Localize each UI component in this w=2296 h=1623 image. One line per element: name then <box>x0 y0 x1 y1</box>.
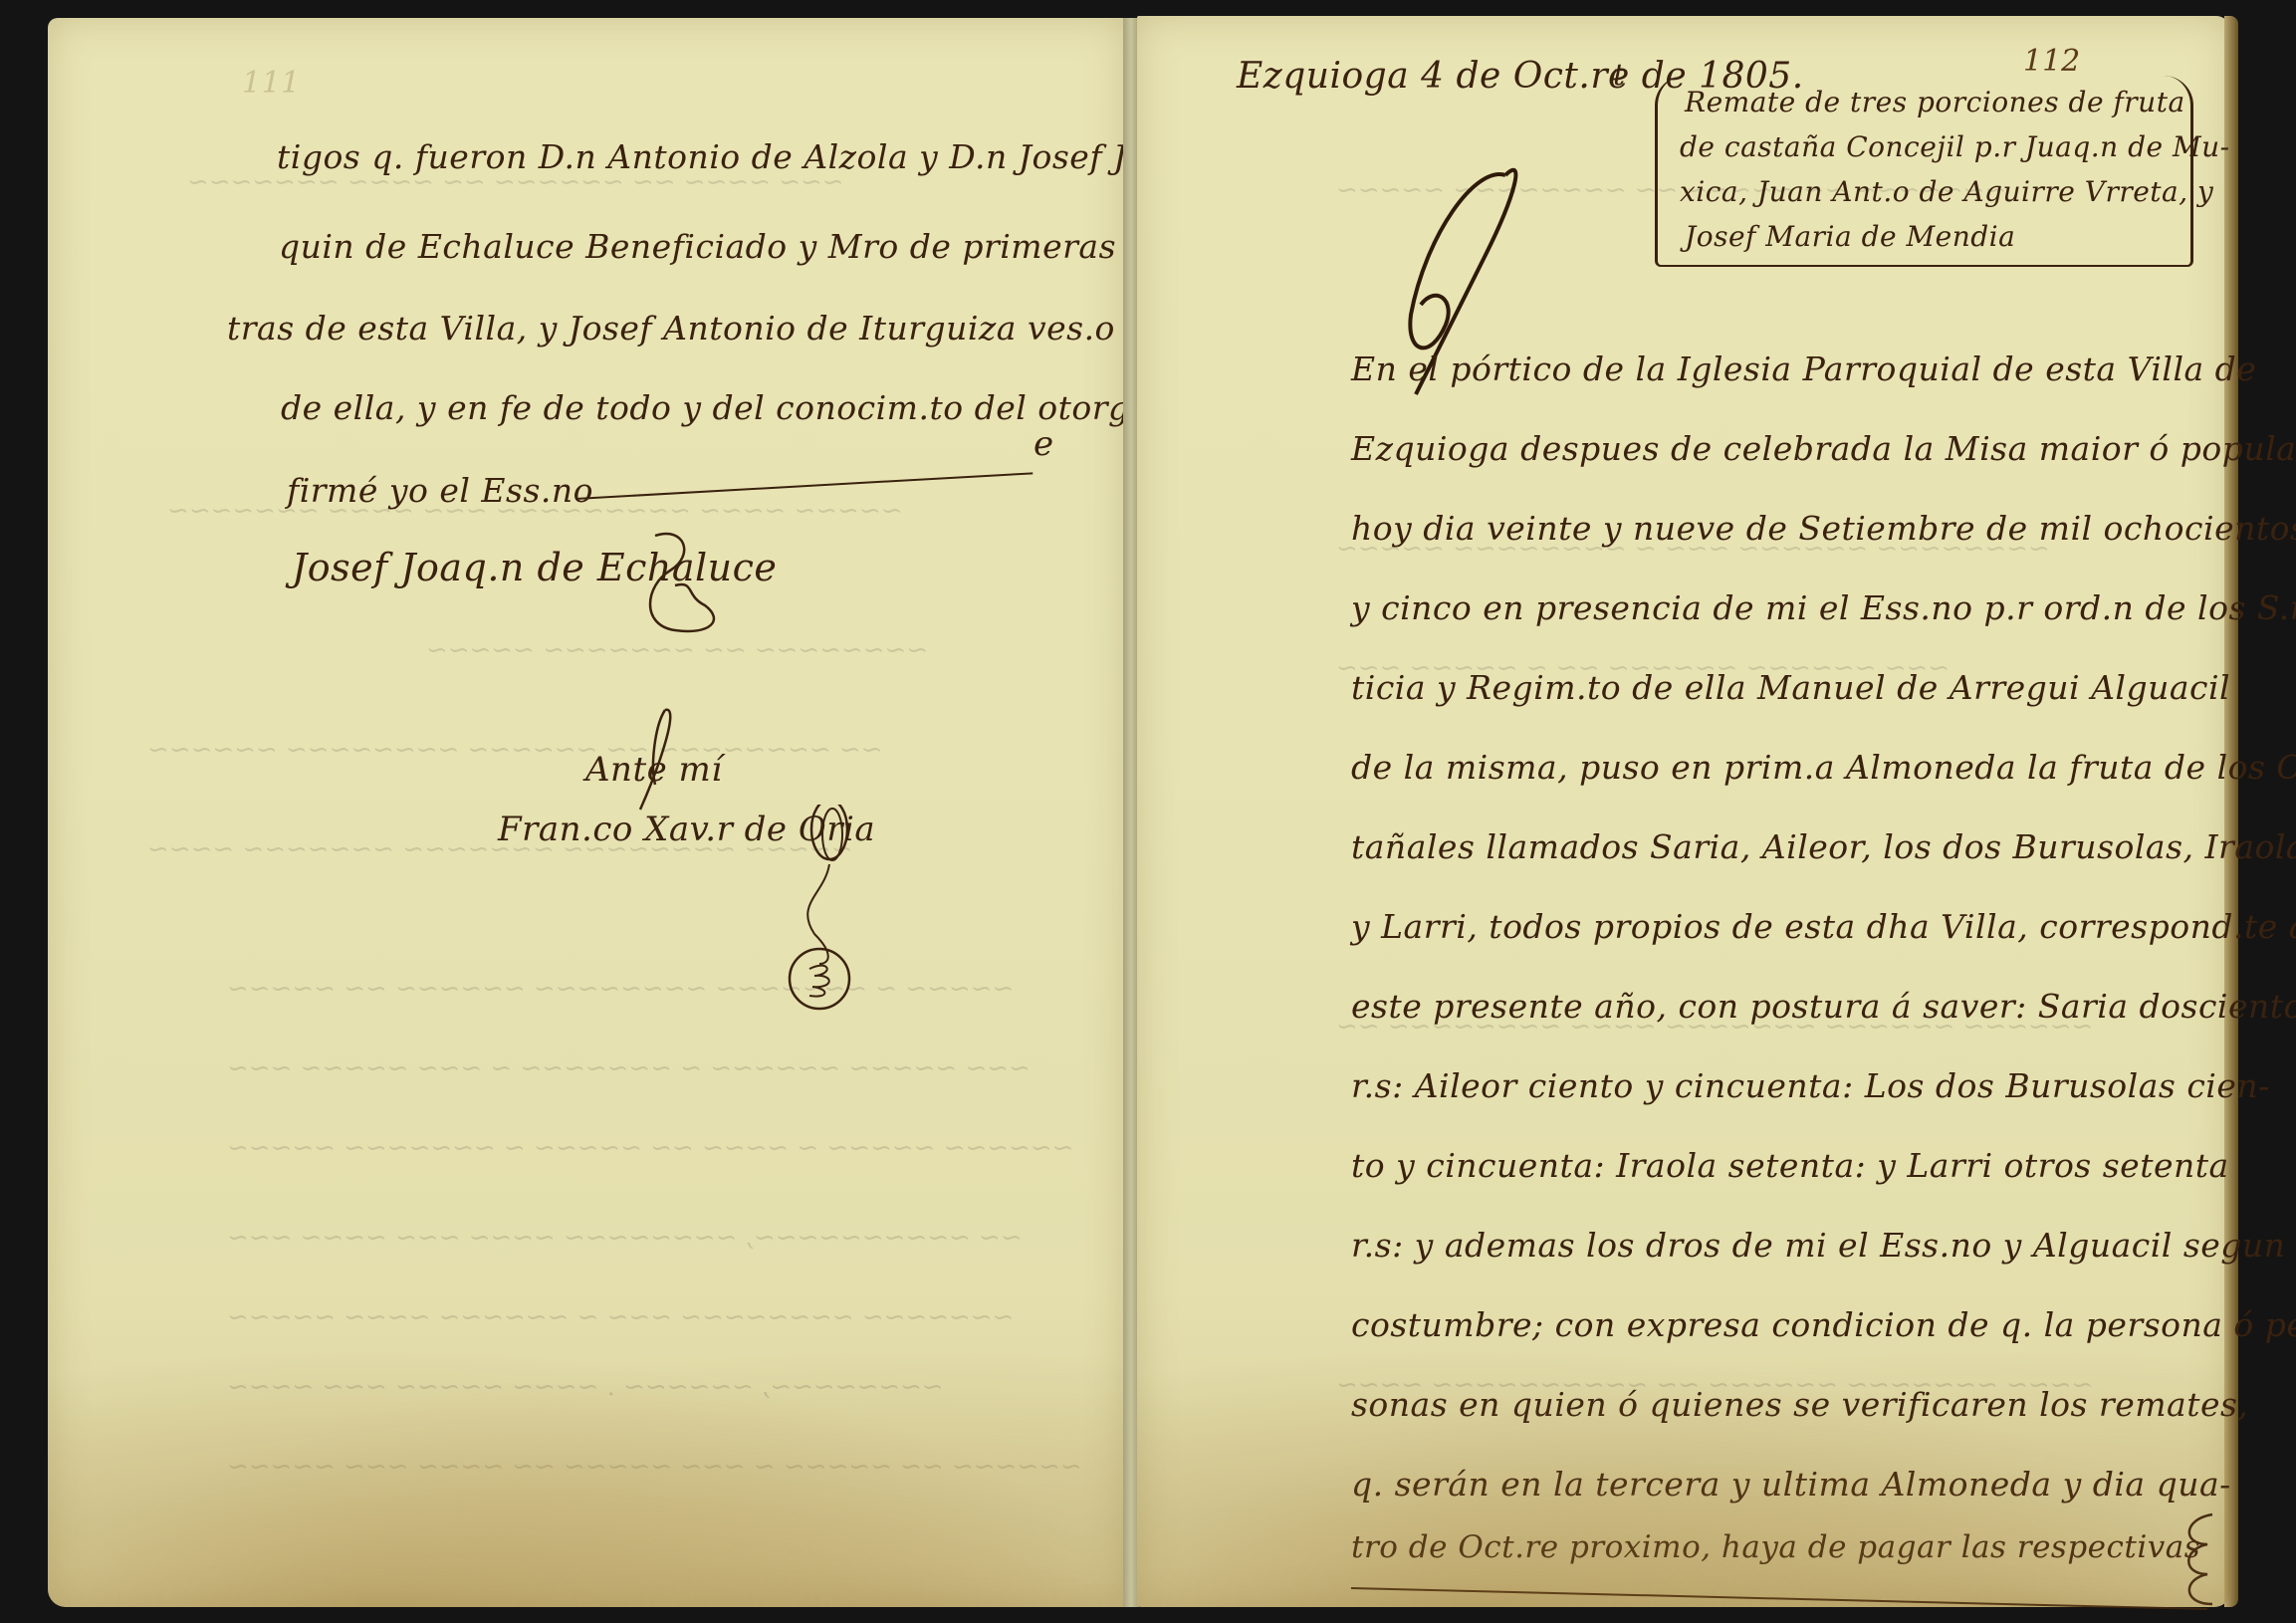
body-line: y Larri, todos propios de esta dha Villa… <box>1351 907 2296 946</box>
folio-number: 112 <box>2023 44 2080 79</box>
manuscript-spread: ~~~ ~~~~ ~~ ~~~~~~ ~~ ~~~~ ~~~~~~~ ~~~~~… <box>0 0 2296 1623</box>
bottom-rule <box>1351 1587 2207 1610</box>
end-mark: e <box>1033 424 1054 464</box>
bleed-through-text: ~~ ~~~~~~~~~~, ~~~~~~~~ ~~~~ ~~~ ~~~~ ~~… <box>227 1223 1023 1253</box>
body-line: to y cincuenta: Iraola setenta: y Larri … <box>1351 1146 2229 1185</box>
body-line: r.s: y ademas los dros de mi el Ess.no y… <box>1351 1226 2285 1265</box>
body-line: costumbre; con expresa condicion de q. l… <box>1351 1305 2296 1344</box>
bleed-through-text: ~~~~~~ ~~~~~ ~ ~~~~ ~~ ~~~~~ ~ ~~~~~~~ ~… <box>227 1133 1073 1163</box>
text-line: firmé yo el Ess.no <box>287 471 593 510</box>
body-line: tañales llamados Saria, Aileor, los dos … <box>1351 827 2296 866</box>
notary-rubric-icon <box>785 805 904 1014</box>
corner-mark: t <box>1613 58 1626 93</box>
signature-rubric-icon <box>615 526 755 645</box>
text-line: tigos q. fueron D.n Antonio de Alzola y … <box>277 137 1179 176</box>
bleed-through-text: ~~~~~~~ ~~~~~~~~ ~~~ ~ ~~~~~~ ~~~~ ~~~~~ <box>227 1302 1014 1332</box>
body-line: sonas en quien ó quienes se verificaren … <box>1351 1385 2248 1424</box>
margin-note-line: Remate de tres porciones de fruta <box>1685 86 2185 118</box>
margin-note-line: de castaña Concejil p.r Juaq.n de Mu- <box>1680 130 2230 163</box>
body-line: q. serán en la tercera y ultima Almoneda… <box>1351 1465 2231 1504</box>
body-line: En el pórtico de la Iglesia Parroquial d… <box>1351 349 2256 388</box>
body-line: este presente año, con postura á saver: … <box>1351 987 2296 1026</box>
folio-mark: 111 <box>242 66 301 101</box>
notary-flourish-icon <box>625 705 685 814</box>
body-line: tro de Oct.re proximo, haya de pagar las… <box>1351 1529 2200 1565</box>
text-line: quin de Echaluce Beneficiado y Mro de pr… <box>279 227 1170 266</box>
bleed-through-text: ~~~ ~~~~~ ~~~~~~ ~ ~~~~~~~ ~ ~~~ ~~~~~ ~… <box>227 1053 1031 1083</box>
bleed-through-text: ~~~~~~~~, ~~~~~~ . ~~~~ ~~~~~ ~~~ ~~~~ <box>227 1372 944 1402</box>
text-line: tras de esta Villa, y Josef Antonio de I… <box>227 309 1115 348</box>
bleed-through-text: ~~~~~~ ~~ ~~~~~ ~ ~~~ ~~~~~ ~~ ~~~~ ~~~ … <box>227 1452 1082 1482</box>
text-line: de ella, y en fe de todo y del conocim.t… <box>281 388 1205 427</box>
bleed-through-text: ~~ ~~~~~~~~ ~~ ~~~~~~ ~~~~~~~~ ~~~~~~ <box>147 735 882 765</box>
margin-note-line: Josef Maria de Mendia <box>1685 220 2015 253</box>
body-line: y cinco en presencia de mi el Ess.no p.r… <box>1351 588 2296 627</box>
right-page: ~~~~~~~ ~~ ~~~~~ ~~ ~~~~~~~~ ~~~~~ ~~~~~… <box>1137 16 2230 1607</box>
left-page: ~~~ ~~~~ ~~ ~~~~~~ ~~ ~~~~ ~~~~~~~ ~~~~~… <box>48 18 1125 1607</box>
margin-note-line: xica, Juan Ant.o de Aguirre Vrreta, y <box>1680 175 2213 208</box>
body-line: Ezquioga despues de celebrada la Misa ma… <box>1351 429 2296 468</box>
body-line: ticia y Regim.to de ella Manuel de Arreg… <box>1351 668 2230 707</box>
body-line: hoy dia veinte y nueve de Setiembre de m… <box>1351 509 2296 548</box>
body-line: de la misma, puso en prim.a Almoneda la … <box>1351 748 2296 787</box>
body-line: r.s: Aileor ciento y cincuenta: Los dos … <box>1351 1066 2270 1105</box>
margin-flourish-icon <box>2173 1509 2222 1609</box>
